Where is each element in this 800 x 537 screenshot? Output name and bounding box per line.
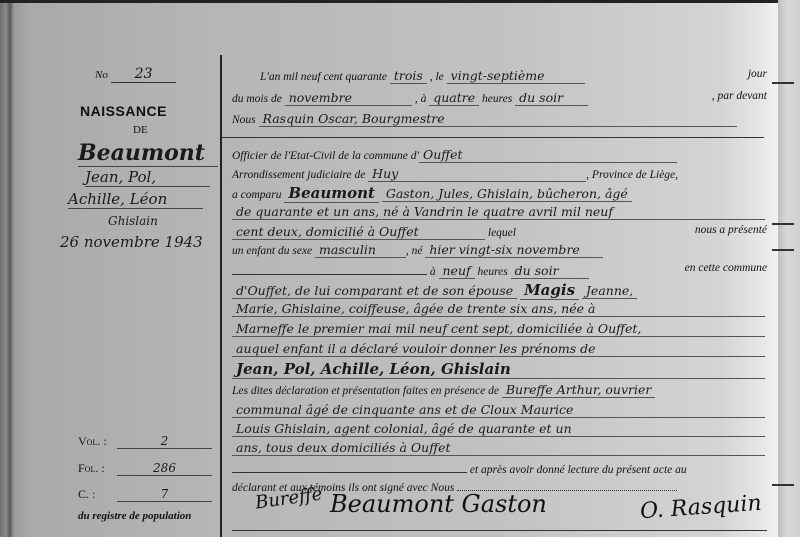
printed-text: un enfant du sexe (232, 245, 312, 257)
month-field: novembre (285, 90, 412, 106)
witness-residence: ans, tous deux domiciliés à Ouffet (232, 440, 765, 456)
printed-text: , né (406, 245, 423, 257)
printed-text: nous a présenté (695, 224, 767, 236)
mother-details: Marneffe le premier mai mil neuf cent se… (232, 321, 765, 337)
act-number-value: 23 (111, 66, 176, 83)
act-line-16: Les dites déclaration et présentation fa… (232, 382, 767, 403)
child-given-names-2: Achille, Léon (68, 190, 203, 209)
record-type-de: DE (133, 124, 148, 136)
birth-date-field: hier vingt-six novembre (425, 242, 603, 258)
register-vol: Vol. : 2 (78, 434, 212, 449)
fol-label: Fol. : (78, 461, 114, 476)
child-given-names-field: Jean, Pol, Achille, Léon, Ghislain (232, 360, 765, 379)
blank-fill (232, 460, 467, 473)
blank-fill (232, 262, 427, 275)
printed-text: , à (415, 93, 427, 105)
act-line-3: Nous Rasquin Oscar, Bourgmestre (232, 111, 767, 132)
act-line-19: ans, tous deux domiciliés à Ouffet (232, 440, 767, 461)
act-line-15: Jean, Pol, Achille, Léon, Ghislain (232, 360, 767, 381)
year-field: trois (390, 68, 427, 84)
printed-text: Arrondissement judiciaire de (232, 169, 365, 181)
printed-text: , le (430, 71, 444, 83)
vol-label: Vol. : (78, 434, 114, 449)
commune-field: Ouffet (419, 147, 677, 163)
act-line-2: du mois de novembre , à quatre heures du… (232, 90, 767, 111)
period-field: du soir (515, 90, 588, 106)
birth-place-details: d'Ouffet, de lui comparant et de son épo… (232, 283, 517, 299)
signature-rule (232, 530, 767, 531)
section-rule (222, 137, 764, 138)
printed-text: L'an mil neuf cent quarante (260, 71, 387, 83)
act-line-10: à neuf heures du soir en cette commune (232, 262, 767, 283)
act-line-14: auquel enfant il a déclaré vouloir donne… (232, 341, 767, 362)
declarant-details: Gaston, Jules, Ghislain, bûcheron, âgé (382, 186, 632, 202)
printed-text: heures (482, 93, 512, 105)
printed-text: à (430, 266, 436, 278)
act-line-20: et après avoir donné lecture du présent … (232, 460, 767, 481)
printed-text: Officier de l'Etat-Civil de la commune d… (232, 150, 419, 162)
act-line-9: un enfant du sexe masculin, né hier ving… (232, 242, 767, 263)
vol-value: 2 (117, 434, 212, 449)
birth-date: 26 novembre 1943 (60, 233, 203, 251)
act-line-11: d'Ouffet, de lui comparant et de son épo… (232, 281, 767, 302)
printed-text: heures (478, 266, 508, 278)
arrondissement-field: Huy (368, 166, 586, 182)
register-footer: du registre de population (78, 510, 191, 522)
binding-stitch (772, 249, 794, 251)
printed-text: du mois de (232, 93, 282, 105)
printed-text: Les dites déclaration et présentation fa… (232, 385, 499, 397)
declarant-surname: Beaumont (284, 184, 379, 203)
facing-page-edge (778, 0, 800, 537)
act-number-label: No (95, 69, 108, 81)
witness-2-field: Louis Ghislain, agent colonial, âgé de q… (232, 421, 765, 437)
declarant-signature: Beaumont Gaston (330, 490, 547, 518)
binding-stitch (772, 484, 794, 486)
printed-text: a comparu (232, 189, 282, 201)
printed-text: Nous (232, 114, 256, 126)
register-fol: Fol. : 286 (78, 461, 212, 476)
printed-text: et après avoir donné lecture du présent … (470, 464, 687, 476)
act-number: No 23 (95, 66, 176, 83)
declarant-residence: cent deux, domicilié à Ouffet (232, 224, 485, 240)
birth-period-field: du soir (511, 263, 589, 279)
act-line-6: a comparu Beaumont Gaston, Jules, Ghisla… (232, 184, 767, 205)
act-line-12: Marie, Ghislaine, coiffeuse, âgée de tre… (232, 301, 767, 322)
mother-details: Marie, Ghislaine, coiffeuse, âgée de tre… (232, 301, 765, 317)
register-c: C. : 7 (78, 487, 212, 502)
child-given-names-1: Jean, Pol, (85, 168, 210, 187)
c-label: C. : (78, 487, 114, 502)
mother-given-name: Jeanne, (582, 283, 637, 299)
printed-text: , Province de Liège, (586, 169, 678, 181)
act-line-7: de quarante et un ans, né à Vandrin le q… (232, 204, 767, 225)
act-line-4: Officier de l'Etat-Civil de la commune d… (232, 147, 767, 168)
day-field: vingt-septième (447, 68, 585, 84)
binding-stitch (772, 223, 794, 225)
witness-details: communal âgé de cinquante ans et de Clou… (232, 402, 765, 418)
birth-hour-field: neuf (439, 263, 475, 279)
act-line-18: Louis Ghislain, agent colonial, âgé de q… (232, 421, 767, 442)
child-surname: Beaumont (78, 140, 218, 167)
act-line-13: Marneffe le premier mai mil neuf cent se… (232, 321, 767, 342)
witness-1-field: Bureffe Arthur, ouvrier (502, 382, 656, 398)
c-value: 7 (117, 487, 212, 502)
margin-divider (220, 55, 222, 537)
record-type-title: NAISSANCE (80, 103, 167, 119)
printed-text: , par devant (712, 90, 767, 102)
officer-name-field: Rasquin Oscar, Bourgmestre (259, 111, 737, 127)
binding-stitch (772, 82, 794, 84)
printed-text: jour (748, 68, 767, 80)
sex-field: masculin (315, 242, 406, 258)
printed-text: lequel (488, 227, 516, 239)
naming-declaration: auquel enfant il a déclaré vouloir donne… (232, 341, 765, 357)
declarant-details: de quarante et un ans, né à Vandrin le q… (232, 204, 765, 220)
act-line-17: communal âgé de cinquante ans et de Clou… (232, 402, 767, 423)
fol-value: 286 (117, 461, 212, 476)
hour-field: quatre (429, 90, 479, 106)
act-line-1: L'an mil neuf cent quarante trois , le v… (260, 68, 767, 89)
child-given-names-3: Ghislain (108, 214, 158, 228)
mother-surname: Magis (520, 281, 579, 300)
printed-text: en cette commune (685, 262, 767, 274)
